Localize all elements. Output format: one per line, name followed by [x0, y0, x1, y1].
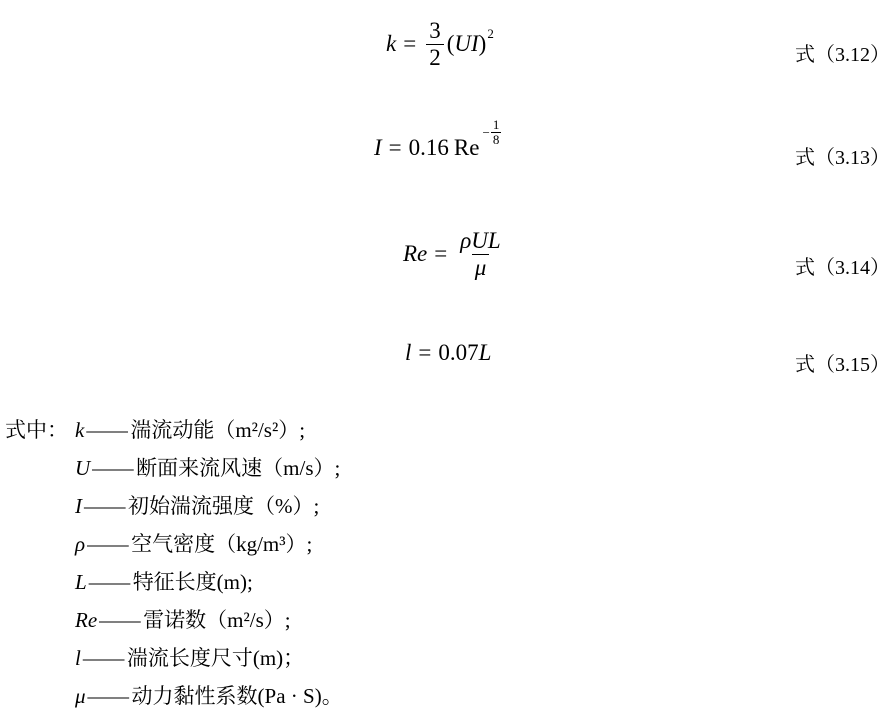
- equation-label-3-13: 式（3.13）: [795, 141, 890, 170]
- definition-row-l: l——湍流长度尺寸(m)；: [5, 639, 343, 677]
- fraction-numerator: ρUL: [457, 228, 503, 254]
- definition-row-L: L——特征长度(m);: [5, 563, 343, 601]
- equation-3-12: k = 3 2 (UI)2: [386, 18, 494, 71]
- definition-symbol: ρ: [75, 532, 85, 556]
- equation-label-3-12: 式（3.12）: [795, 38, 890, 67]
- close-paren: ): [479, 31, 487, 57]
- definition-dash: ——: [89, 570, 130, 594]
- definition-description: 空气密度（kg/m³）;: [131, 532, 312, 556]
- definition-dash: ——: [88, 684, 129, 708]
- definitions-list: 式中：k——湍流动能（m²/s²）; U——断面来流风速（m/s）; I——初始…: [5, 411, 343, 715]
- definition-description: 初始湍流强度（%）;: [128, 494, 319, 518]
- equation-lhs: k: [386, 31, 396, 57]
- definition-dash: ——: [87, 532, 128, 556]
- fraction: ρUL μ: [457, 228, 503, 281]
- definition-dash: ——: [84, 494, 125, 518]
- coefficient: 0.07: [438, 340, 478, 366]
- definition-description: 湍流动能（m²/s²）;: [130, 418, 305, 442]
- superscript-exponent-group: − 1 8: [482, 118, 501, 148]
- definition-row-Re: Re——雷诺数（m²/s）;: [5, 601, 343, 639]
- definition-symbol: l: [75, 646, 81, 670]
- definition-description: 湍流长度尺寸(m)；: [127, 646, 304, 670]
- definition-symbol: I: [75, 494, 82, 518]
- exponent-fraction: 1 8: [491, 118, 502, 148]
- definition-row-I: I——初始湍流强度（%）;: [5, 487, 343, 525]
- equation-lhs: Re: [403, 241, 427, 267]
- equation-label-3-14: 式（3.14）: [795, 251, 890, 280]
- fraction-numerator: 3: [426, 18, 444, 44]
- exponent-fraction-numerator: 1: [491, 118, 502, 133]
- equation-3-15: l = 0.07L: [405, 340, 491, 366]
- equals-sign: =: [389, 135, 402, 161]
- equation-variable: L: [479, 340, 492, 366]
- equals-sign: =: [434, 241, 447, 267]
- definition-description: 特征长度(m);: [133, 570, 253, 594]
- reynolds-base: Re: [454, 135, 480, 161]
- definition-symbol: Re: [75, 608, 97, 632]
- equation-3-14: Re = ρUL μ: [403, 228, 507, 281]
- definition-row-mu: μ——动力黏性系数(Pa · S)。: [5, 677, 343, 715]
- definition-symbol: U: [75, 456, 90, 480]
- superscript-exponent: 2: [487, 26, 494, 42]
- definitions-lead: 式中：: [5, 411, 75, 449]
- fraction-denominator: 2: [426, 44, 444, 71]
- equation-lhs: I: [374, 135, 382, 161]
- equation-argument: UI: [454, 31, 478, 57]
- definition-dash: ——: [99, 608, 140, 632]
- exponent-fraction-denominator: 8: [491, 133, 502, 147]
- definition-row-k: 式中：k——湍流动能（m²/s²）;: [5, 411, 343, 449]
- equals-sign: =: [418, 340, 431, 366]
- equation-label-3-15: 式（3.15）: [795, 348, 890, 377]
- fraction: 3 2: [426, 18, 444, 71]
- fraction-denominator: μ: [472, 254, 490, 281]
- definition-row-U: U——断面来流风速（m/s）;: [5, 449, 343, 487]
- equation-3-13: I = 0.16 Re − 1 8: [374, 133, 501, 163]
- open-paren: (: [447, 31, 455, 57]
- coefficient: 0.16: [409, 135, 449, 161]
- definition-symbol: L: [75, 570, 87, 594]
- definition-description: 断面来流风速（m/s）;: [136, 456, 340, 480]
- document-page: k = 3 2 (UI)2 式（3.12） I = 0.16 Re − 1 8 …: [0, 0, 892, 719]
- definition-dash: ——: [83, 646, 124, 670]
- definition-symbol: μ: [75, 684, 86, 708]
- definition-dash: ——: [92, 456, 133, 480]
- equation-lhs: l: [405, 340, 411, 366]
- equals-sign: =: [403, 31, 416, 57]
- definition-row-rho: ρ——空气密度（kg/m³）;: [5, 525, 343, 563]
- definition-description: 动力黏性系数(Pa · S)。: [132, 684, 343, 708]
- definition-dash: ——: [86, 418, 127, 442]
- definition-description: 雷诺数（m²/s）;: [143, 608, 290, 632]
- definition-symbol: k: [75, 418, 84, 442]
- minus-sign: −: [482, 126, 489, 140]
